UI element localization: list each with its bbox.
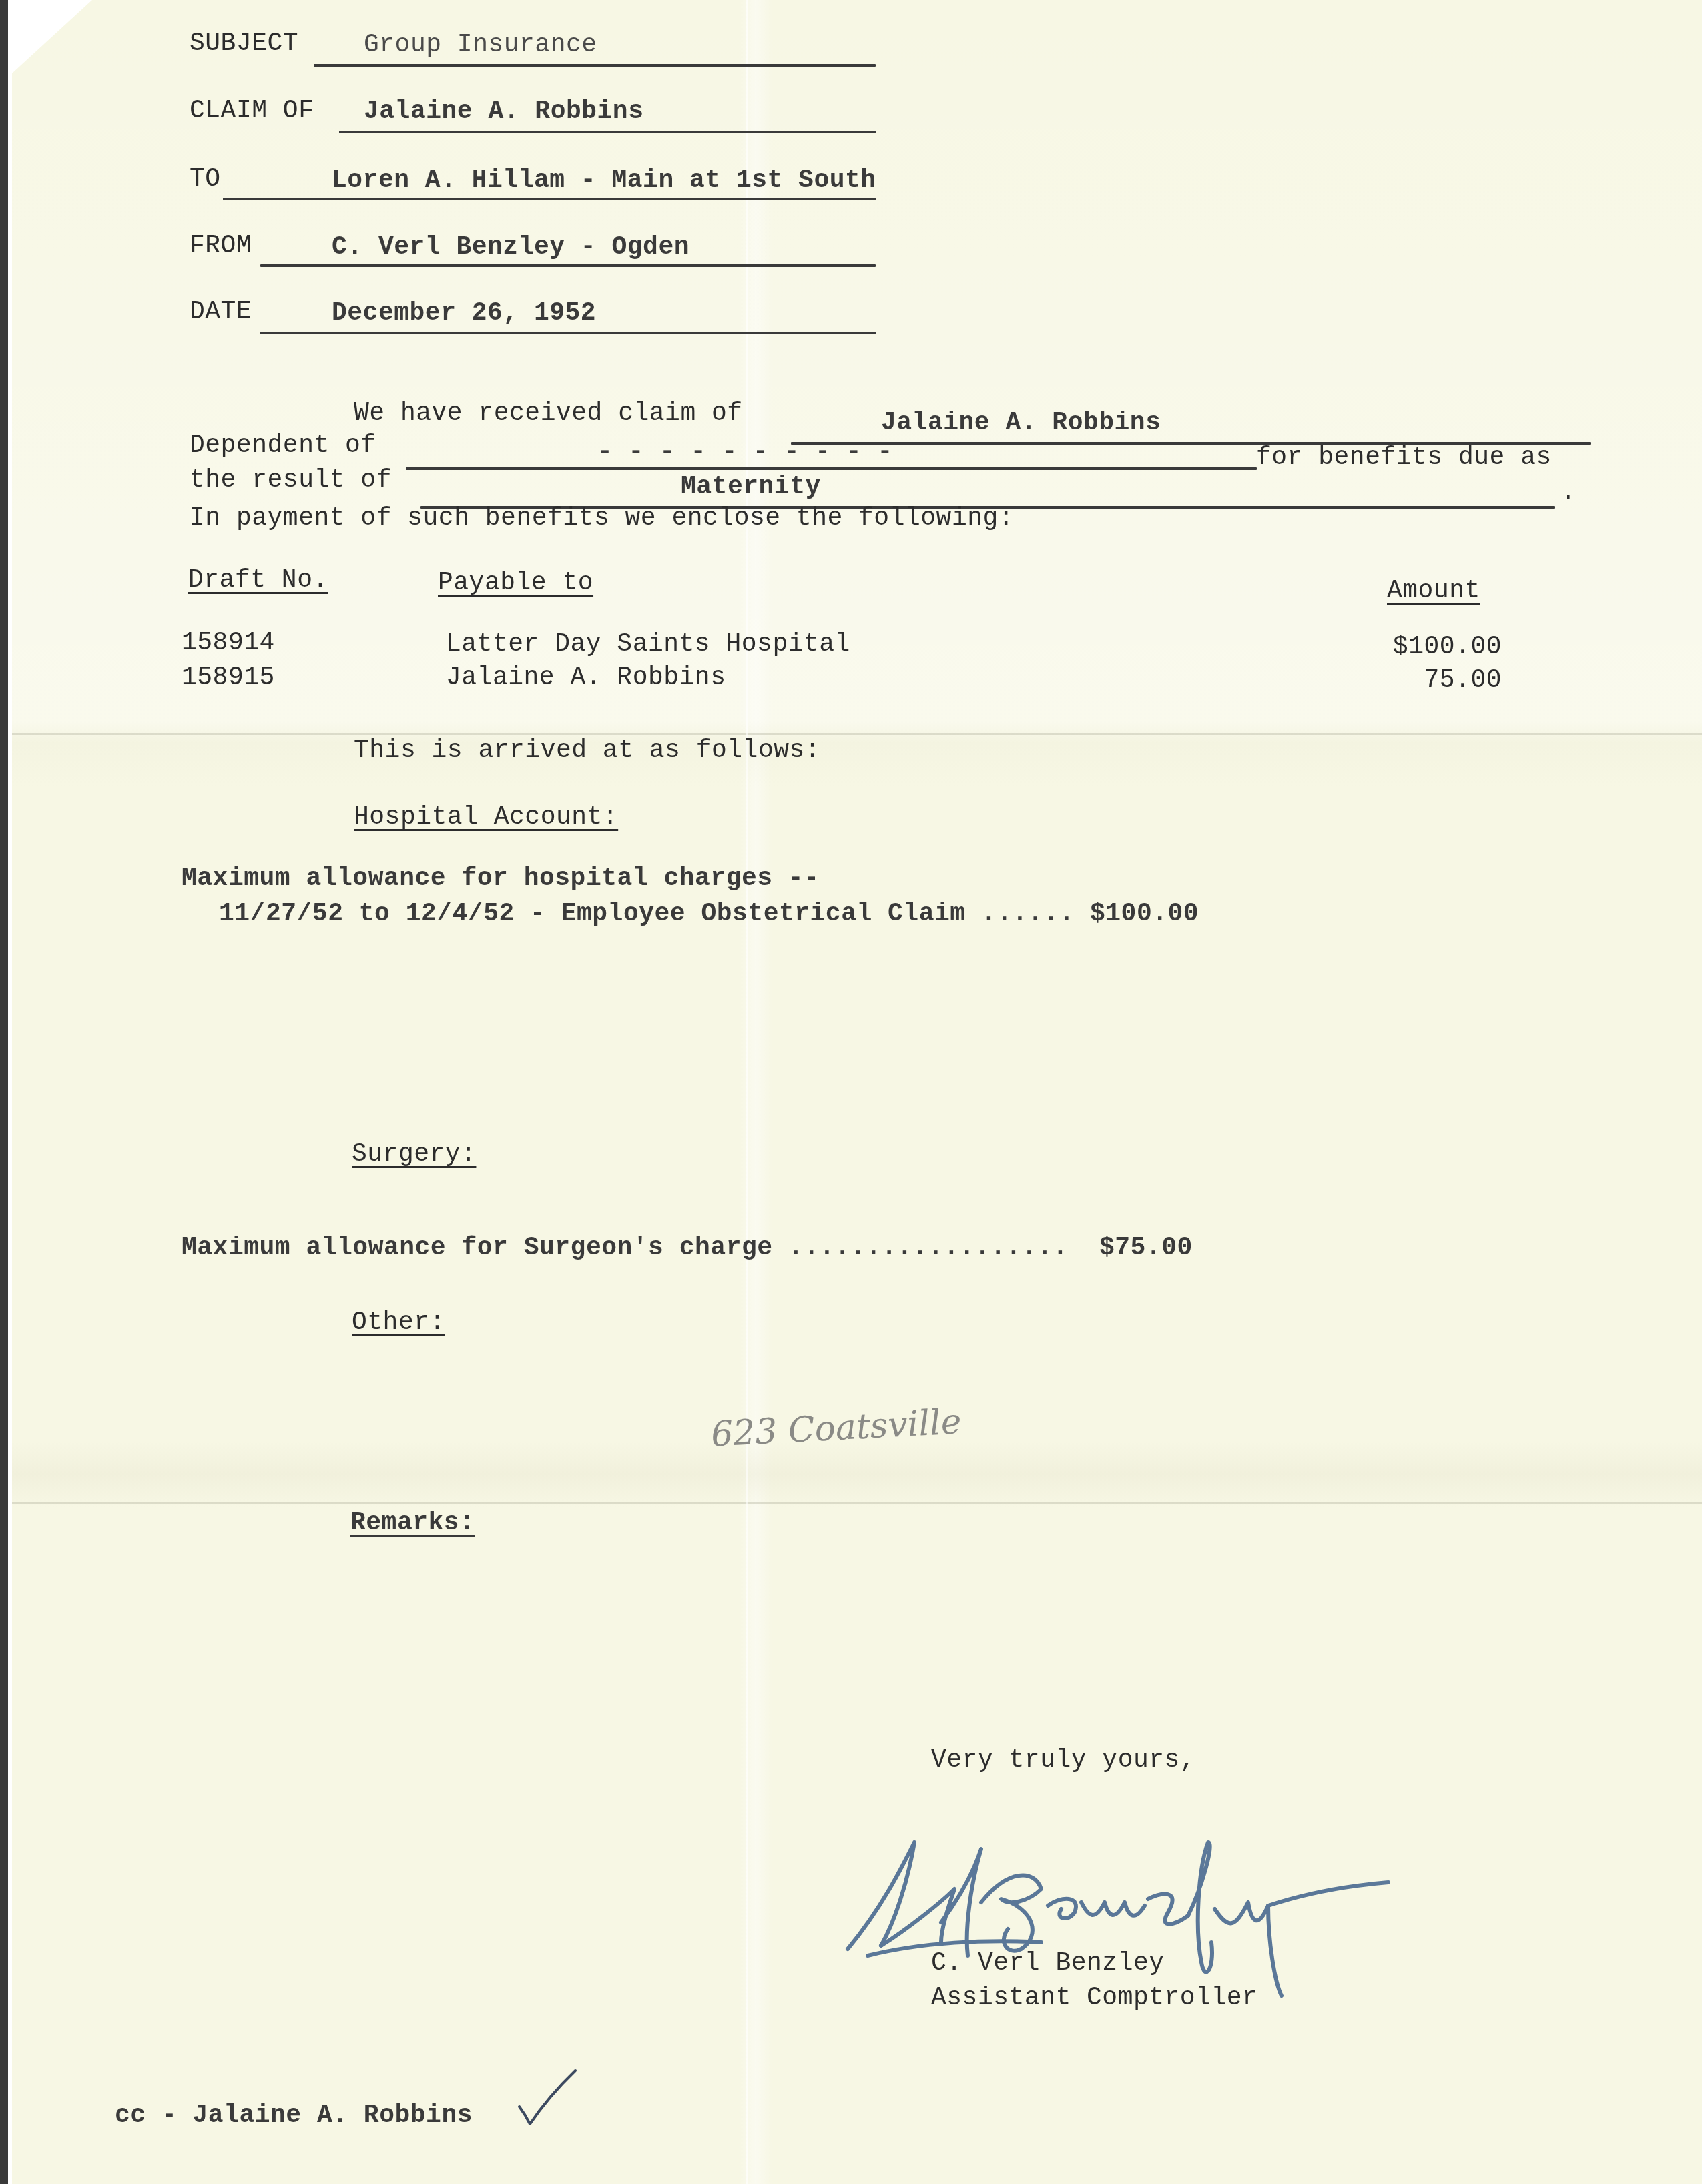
subject-label: SUBJECT [190, 29, 298, 59]
checkmark-icon [514, 2068, 581, 2128]
result-label: the result of [190, 466, 392, 495]
received-prefix: We have received claim of [354, 399, 743, 429]
subject-underline [314, 64, 876, 67]
hospital-line-1: Maximum allowance for hospital charges -… [182, 864, 819, 894]
draft-no-cell: 158915 [182, 663, 275, 693]
surgery-line: Maximum allowance for Surgeon's charge .… [182, 1234, 1193, 1263]
from-value: C. Verl Benzley - Ogden [332, 233, 689, 262]
dependent-value: - - - - - - - - - - [597, 438, 893, 467]
claim-of-label: CLAIM OF [190, 97, 314, 126]
date-underline [260, 332, 876, 334]
to-label: TO [190, 165, 221, 194]
result-value: Maternity [681, 473, 821, 502]
other-heading: Other: [352, 1308, 445, 1338]
dependent-underline [406, 467, 1257, 470]
salutation: Very truly yours, [931, 1746, 1195, 1776]
from-label: FROM [190, 232, 252, 261]
date-label: DATE [190, 298, 252, 327]
surgery-heading: Surgery: [352, 1140, 476, 1169]
claim-of-value: Jalaine A. Robbins [364, 97, 643, 127]
payable-to-cell: Latter Day Saints Hospital [446, 630, 850, 659]
payable-to-header: Payable to [438, 569, 593, 598]
amount-cell: 75.00 [1308, 666, 1502, 696]
to-value: Loren A. Hillam - Main at 1st South [332, 166, 876, 196]
remarks-heading: Remarks: [350, 1509, 475, 1538]
amount-header: Amount [1387, 577, 1480, 606]
hospital-heading: Hospital Account: [354, 803, 618, 832]
payable-to-cell: Jalaine A. Robbins [446, 663, 726, 693]
result-period: . [1561, 478, 1576, 507]
signer-name: C. Verl Benzley [931, 1949, 1165, 1978]
hospital-line-2: 11/27/52 to 12/4/52 - Employee Obstetric… [219, 900, 1199, 929]
fold-crease [746, 0, 748, 2184]
benefits-suffix: for benefits due as [1256, 443, 1552, 473]
claim-of-underline [339, 131, 876, 133]
to-underline [223, 198, 876, 200]
cc-line: cc - Jalaine A. Robbins [115, 2101, 473, 2131]
dependent-label: Dependent of [190, 431, 376, 461]
date-value: December 26, 1952 [332, 299, 596, 328]
from-underline [260, 264, 876, 267]
fold-crease [12, 733, 1702, 735]
scan-edge [0, 0, 8, 2184]
received-name: Jalaine A. Robbins [881, 408, 1161, 438]
fold-crease [12, 1502, 1702, 1504]
breakdown-intro: This is arrived at as follows: [354, 736, 820, 766]
signer-title: Assistant Comptroller [931, 1984, 1257, 2013]
draft-no-header: Draft No. [188, 566, 328, 595]
draft-no-cell: 158914 [182, 629, 275, 658]
payment-line: In payment of such benefits we enclose t… [190, 504, 1014, 533]
subject-value: Group Insurance [364, 31, 597, 60]
amount-cell: $100.00 [1308, 633, 1502, 662]
